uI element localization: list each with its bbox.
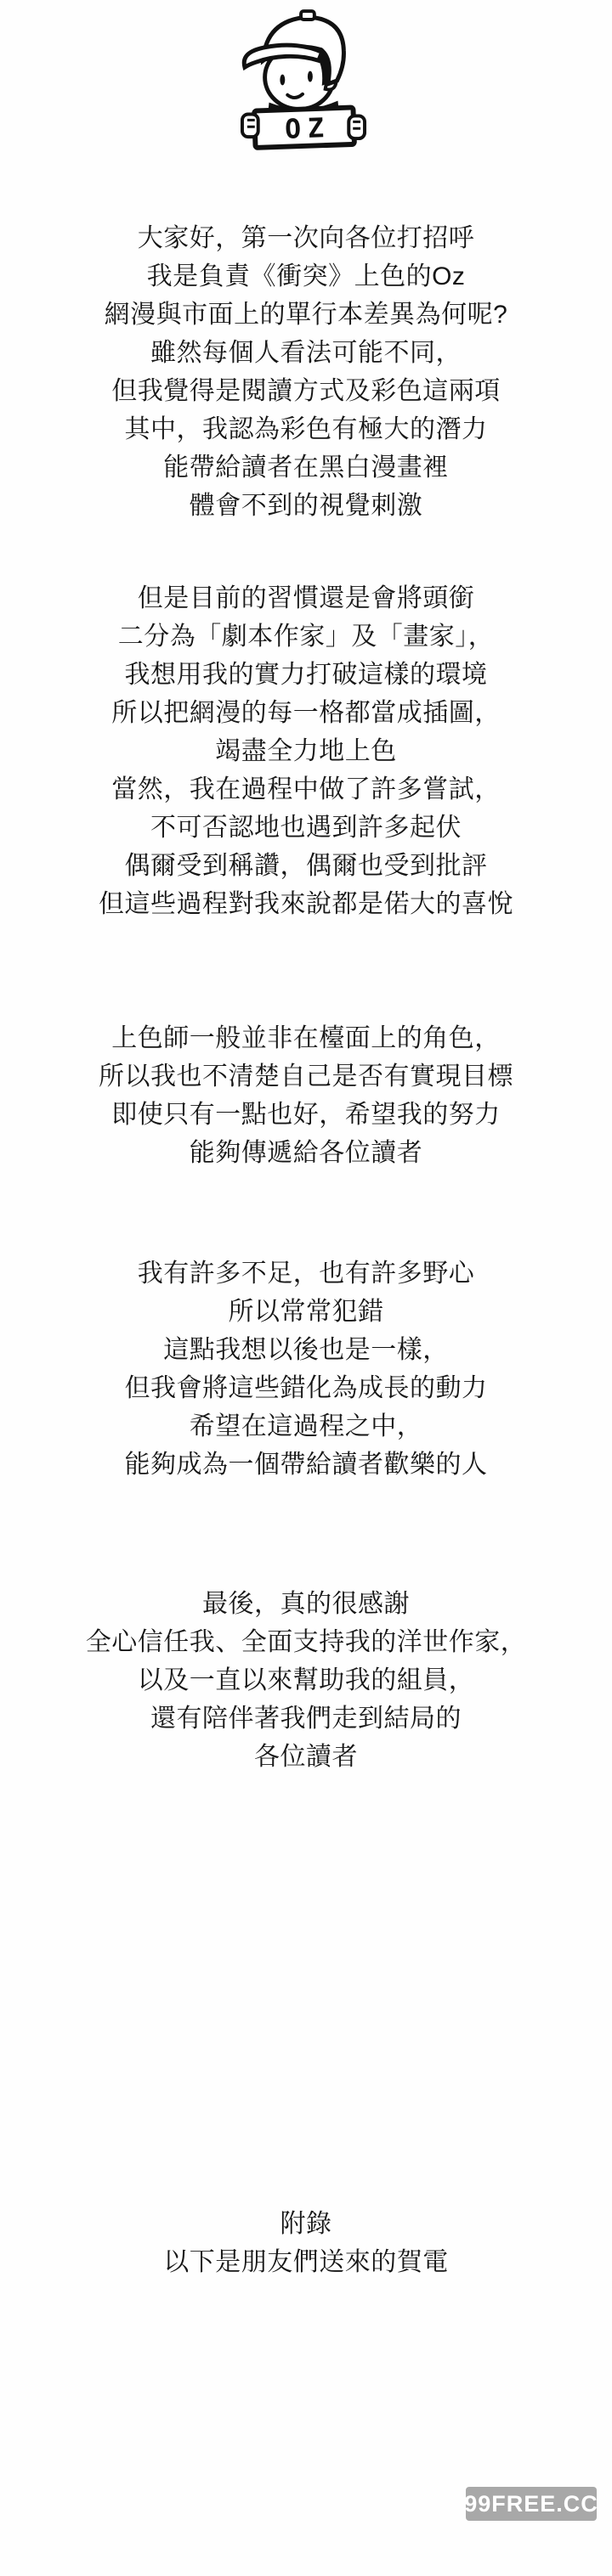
text-line: 所以把網漫的每一格都當成插圖，: [0, 694, 612, 732]
text-line: 竭盡全力地上色: [0, 732, 612, 770]
afterword-paragraph-3: 上色師一般並非在檯面上的角色，所以我也不清楚自己是否有實現目標即使只有一點也好，…: [0, 1019, 612, 1172]
afterword-paragraph-1: 大家好，第一次向各位打招呼我是負責《衝突》上色的Oz網漫與市面上的單行本差異為何…: [0, 219, 612, 525]
text-line: 最後，真的很感謝: [0, 1585, 612, 1623]
text-line: 希望在這過程之中，: [0, 1407, 612, 1446]
text-line: 附錄: [0, 2205, 612, 2243]
text-line: 能帶給讀者在黑白漫畫裡: [0, 448, 612, 487]
text-line: 網漫與市面上的單行本差異為何呢?: [0, 296, 612, 334]
mascot-eye-left: [280, 75, 285, 86]
text-line: 但我覺得是閱讀方式及彩色這兩項: [0, 372, 612, 410]
text-line: 能夠傳遞給各位讀者: [0, 1134, 612, 1172]
afterword-paragraph-2: 但是目前的習慣還是會將頭銜二分為「劇本作家」及「畫家」，我想用我的實力打破這樣的…: [0, 579, 612, 923]
text-line: 還有陪伴著我們走到結局的: [0, 1699, 612, 1738]
text-line: 但這些過程對我來說都是偌大的喜悅: [0, 885, 612, 923]
text-line: 二分為「劇本作家」及「畫家」，: [0, 617, 612, 656]
afterword-paragraph-4: 我有許多不足，也有許多野心所以常常犯錯這點我想以後也是一樣，但我會將這些錯化為成…: [0, 1254, 612, 1484]
text-line: 以下是朋友們送來的賀電: [0, 2243, 612, 2281]
watermark-badge: 99FREE.CC: [466, 2487, 597, 2521]
mascot-cap-button: [301, 11, 314, 20]
text-line: 但我會將這些錯化為成長的動力: [0, 1369, 612, 1407]
text-line: 我想用我的實力打破這樣的環境: [0, 656, 612, 694]
text-line: 但是目前的習慣還是會將頭銜: [0, 579, 612, 617]
oz-mascot-illustration: OZ: [241, 8, 366, 153]
text-line: 其中，我認為彩色有極大的潛力: [0, 410, 612, 448]
text-line: 各位讀者: [0, 1738, 612, 1776]
text-line: 即使只有一點也好，希望我的努力: [0, 1096, 612, 1134]
appendix-heading: 附錄以下是朋友們送來的賀電: [0, 2205, 612, 2281]
text-line: 所以常常犯錯: [0, 1293, 612, 1331]
text-line: 我是負責《衝突》上色的Oz: [0, 257, 612, 296]
afterword-paragraph-5: 最後，真的很感謝全心信任我、全面支持我的洋世作家，以及一直以來幫助我的組員，還有…: [0, 1585, 612, 1776]
text-line: 當然，我在過程中做了許多嘗試，: [0, 770, 612, 809]
text-line: 上色師一般並非在檯面上的角色，: [0, 1019, 612, 1057]
text-line: 能夠成為一個帶給讀者歡樂的人: [0, 1446, 612, 1484]
mascot-eye-right: [308, 71, 313, 82]
text-line: 全心信任我、全面支持我的洋世作家，: [0, 1623, 612, 1661]
text-line: 這點我想以後也是一樣，: [0, 1331, 612, 1369]
afterword-page: OZ 大家好，第一次向各位打招呼我是負責《衝突》上色的Oz網漫與市面上的單行本差…: [0, 0, 612, 2576]
text-line: 大家好，第一次向各位打招呼: [0, 219, 612, 257]
text-line: 偶爾受到稱讚，偶爾也受到批評: [0, 847, 612, 885]
text-line: 雖然每個人看法可能不同，: [0, 334, 612, 372]
watermark-text: 99FREE.CC: [464, 2491, 598, 2517]
text-line: 我有許多不足，也有許多野心: [0, 1254, 612, 1293]
text-line: 體會不到的視覺刺激: [0, 487, 612, 525]
text-line: 不可否認地也遇到許多起伏: [0, 809, 612, 847]
mascot-sign-text: OZ: [284, 113, 331, 145]
text-line: 所以我也不清楚自己是否有實現目標: [0, 1057, 612, 1096]
text-line: 以及一直以來幫助我的組員，: [0, 1661, 612, 1699]
